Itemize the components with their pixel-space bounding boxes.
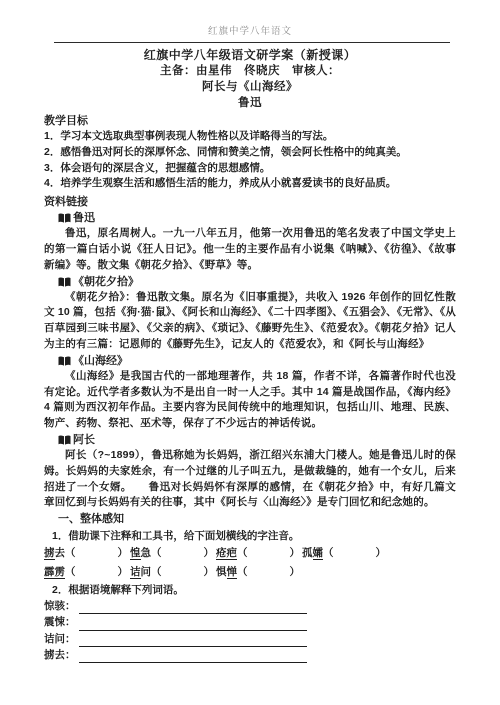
open-book-icon xyxy=(58,435,71,445)
paren-close: ） xyxy=(376,547,387,559)
lesson-author: 鲁迅 xyxy=(44,95,456,111)
pinyin-item: 霹雳（） xyxy=(44,563,130,582)
pinyin-word-underlined: 诘 xyxy=(130,566,141,579)
pinyin-word-plain: 急 xyxy=(141,547,152,559)
task-definitions: 2．根据语境解释下列词语。 xyxy=(44,582,456,598)
definition-label: 震悚： xyxy=(44,614,76,630)
definition-answer-blank xyxy=(79,601,307,614)
resources-heading: 资料链接 xyxy=(44,194,456,210)
paren-open: （ xyxy=(237,566,248,578)
pinyin-item: 掳去（） xyxy=(44,544,130,563)
resource-entry-body: 阿长（?~1899），鲁迅称她为长妈妈，浙江绍兴东浦大门楼人。她是鲁迅儿时的保姆… xyxy=(44,448,456,511)
paren-open: （ xyxy=(237,547,248,559)
definition-answer-blank xyxy=(79,618,307,631)
objective-item: 4．培养学生观察生活和感悟生活的能力，养成从小就喜爱读书的良好品质。 xyxy=(44,176,456,192)
definition-label: 惊骇： xyxy=(44,598,76,614)
running-head: 红旗中学八年语文 xyxy=(44,26,456,39)
paren-close: ） xyxy=(118,566,129,578)
definition-row: 诘问： xyxy=(44,631,456,647)
pinyin-word-underlined: 霹雳 xyxy=(44,566,65,579)
resource-entry-body: 《朝花夕拾》：鲁迅散文集。原名为《旧事重提》，共收入 1926 年创作的回忆性散… xyxy=(44,290,456,353)
pinyin-item: 孤孀（） xyxy=(302,544,392,563)
pinyin-row: 掳去（） 惶急（） 疮疤（） 孤孀（） xyxy=(44,544,456,563)
section-one-heading: 一、整体感知 xyxy=(44,511,456,528)
pinyin-word-underlined: 惮 xyxy=(227,566,238,579)
entry-title-text: 《山海经》 xyxy=(73,353,128,369)
paren-open: （ xyxy=(151,566,162,578)
doc-title: 红旗中学八年级语文研学案（新授课） xyxy=(44,47,456,63)
pinyin-word-plain: 惧 xyxy=(216,566,227,578)
paren-close: ） xyxy=(204,547,215,559)
pinyin-word-plain: 问 xyxy=(141,566,152,578)
paren-open: （ xyxy=(65,566,76,578)
definition-row: 震悚： xyxy=(44,614,456,630)
worksheet-page: 红旗中学八年语文 红旗中学八年级语文研学案（新授课） 主备：由星伟 佟晓庆 审核… xyxy=(0,0,500,663)
objective-item: 2．感悟鲁迅对阿长的深厚怀念、同情和赞美之情，领会阿长性格中的纯真美。 xyxy=(44,145,456,161)
entry-title-text: 鲁迅 xyxy=(73,210,95,226)
paren-open: （ xyxy=(323,547,334,559)
entry-title-text: 阿长 xyxy=(73,432,95,448)
pinyin-word-underlined: 掳 xyxy=(44,547,55,560)
definition-answer-blank xyxy=(79,634,307,647)
open-book-icon xyxy=(58,277,71,287)
doc-authors: 主备：由星伟 佟晓庆 审核人： xyxy=(44,63,456,79)
pinyin-item: 诘问（） xyxy=(130,563,216,582)
definition-row: 掳去： xyxy=(44,647,456,663)
pinyin-word-plain: 去 xyxy=(55,547,66,559)
objective-item: 1．学习本文选取典型事例表现人物性格以及详略得当的写法。 xyxy=(44,129,456,145)
definition-answer-blank xyxy=(79,650,307,663)
pinyin-word-underlined: 惶 xyxy=(130,547,141,560)
header-rule xyxy=(54,42,450,43)
paren-open: （ xyxy=(151,547,162,559)
resource-entry-title: 鲁迅 xyxy=(44,210,456,226)
open-book-icon xyxy=(58,213,71,223)
paren-close: ） xyxy=(290,547,301,559)
definition-row: 惊骇： xyxy=(44,598,456,614)
paren-open: （ xyxy=(65,547,76,559)
objectives-heading: 教学目标 xyxy=(44,113,456,129)
lesson-title: 阿长与《山海经》 xyxy=(44,79,456,95)
paren-close: ） xyxy=(118,547,129,559)
pinyin-word-underlined: 疮疤 xyxy=(216,547,237,560)
pinyin-row: 霹雳（） 诘问（） 惧惮（） xyxy=(44,563,456,582)
pinyin-item: 惶急（） xyxy=(130,544,216,563)
pinyin-word-plain: 孤 xyxy=(302,547,313,559)
paren-close: ） xyxy=(204,566,215,578)
definition-label: 掳去： xyxy=(44,647,76,663)
resource-entry-title: 《朝花夕拾》 xyxy=(44,274,456,290)
open-book-icon xyxy=(58,356,71,366)
resource-entry-title: 《山海经》 xyxy=(44,353,456,369)
entry-title-text: 《朝花夕拾》 xyxy=(73,274,139,290)
objective-item: 3．体会语句的深层含义，把握蕴含的思想感情。 xyxy=(44,161,456,177)
task-pinyin: 1．借助课下注释和工具书，给下面划横线的字注音。 xyxy=(44,528,456,544)
paren-close: ） xyxy=(290,566,301,578)
resource-entry-title: 阿长 xyxy=(44,432,456,448)
pinyin-word-underlined: 孀 xyxy=(313,547,324,560)
pinyin-item: 疮疤（） xyxy=(216,544,302,563)
pinyin-item: 惧惮（） xyxy=(216,563,302,582)
resource-entry-body: 鲁迅，原名周树人。一九一八年五月，他第一次用鲁迅的笔名发表了中国文学史上的第一篇… xyxy=(44,226,456,273)
definition-label: 诘问： xyxy=(44,631,76,647)
resource-entry-body: 《山海经》是我国古代的一部地理著作，共 18 篇，作者不详，各篇著作时代也没有定… xyxy=(44,369,456,432)
